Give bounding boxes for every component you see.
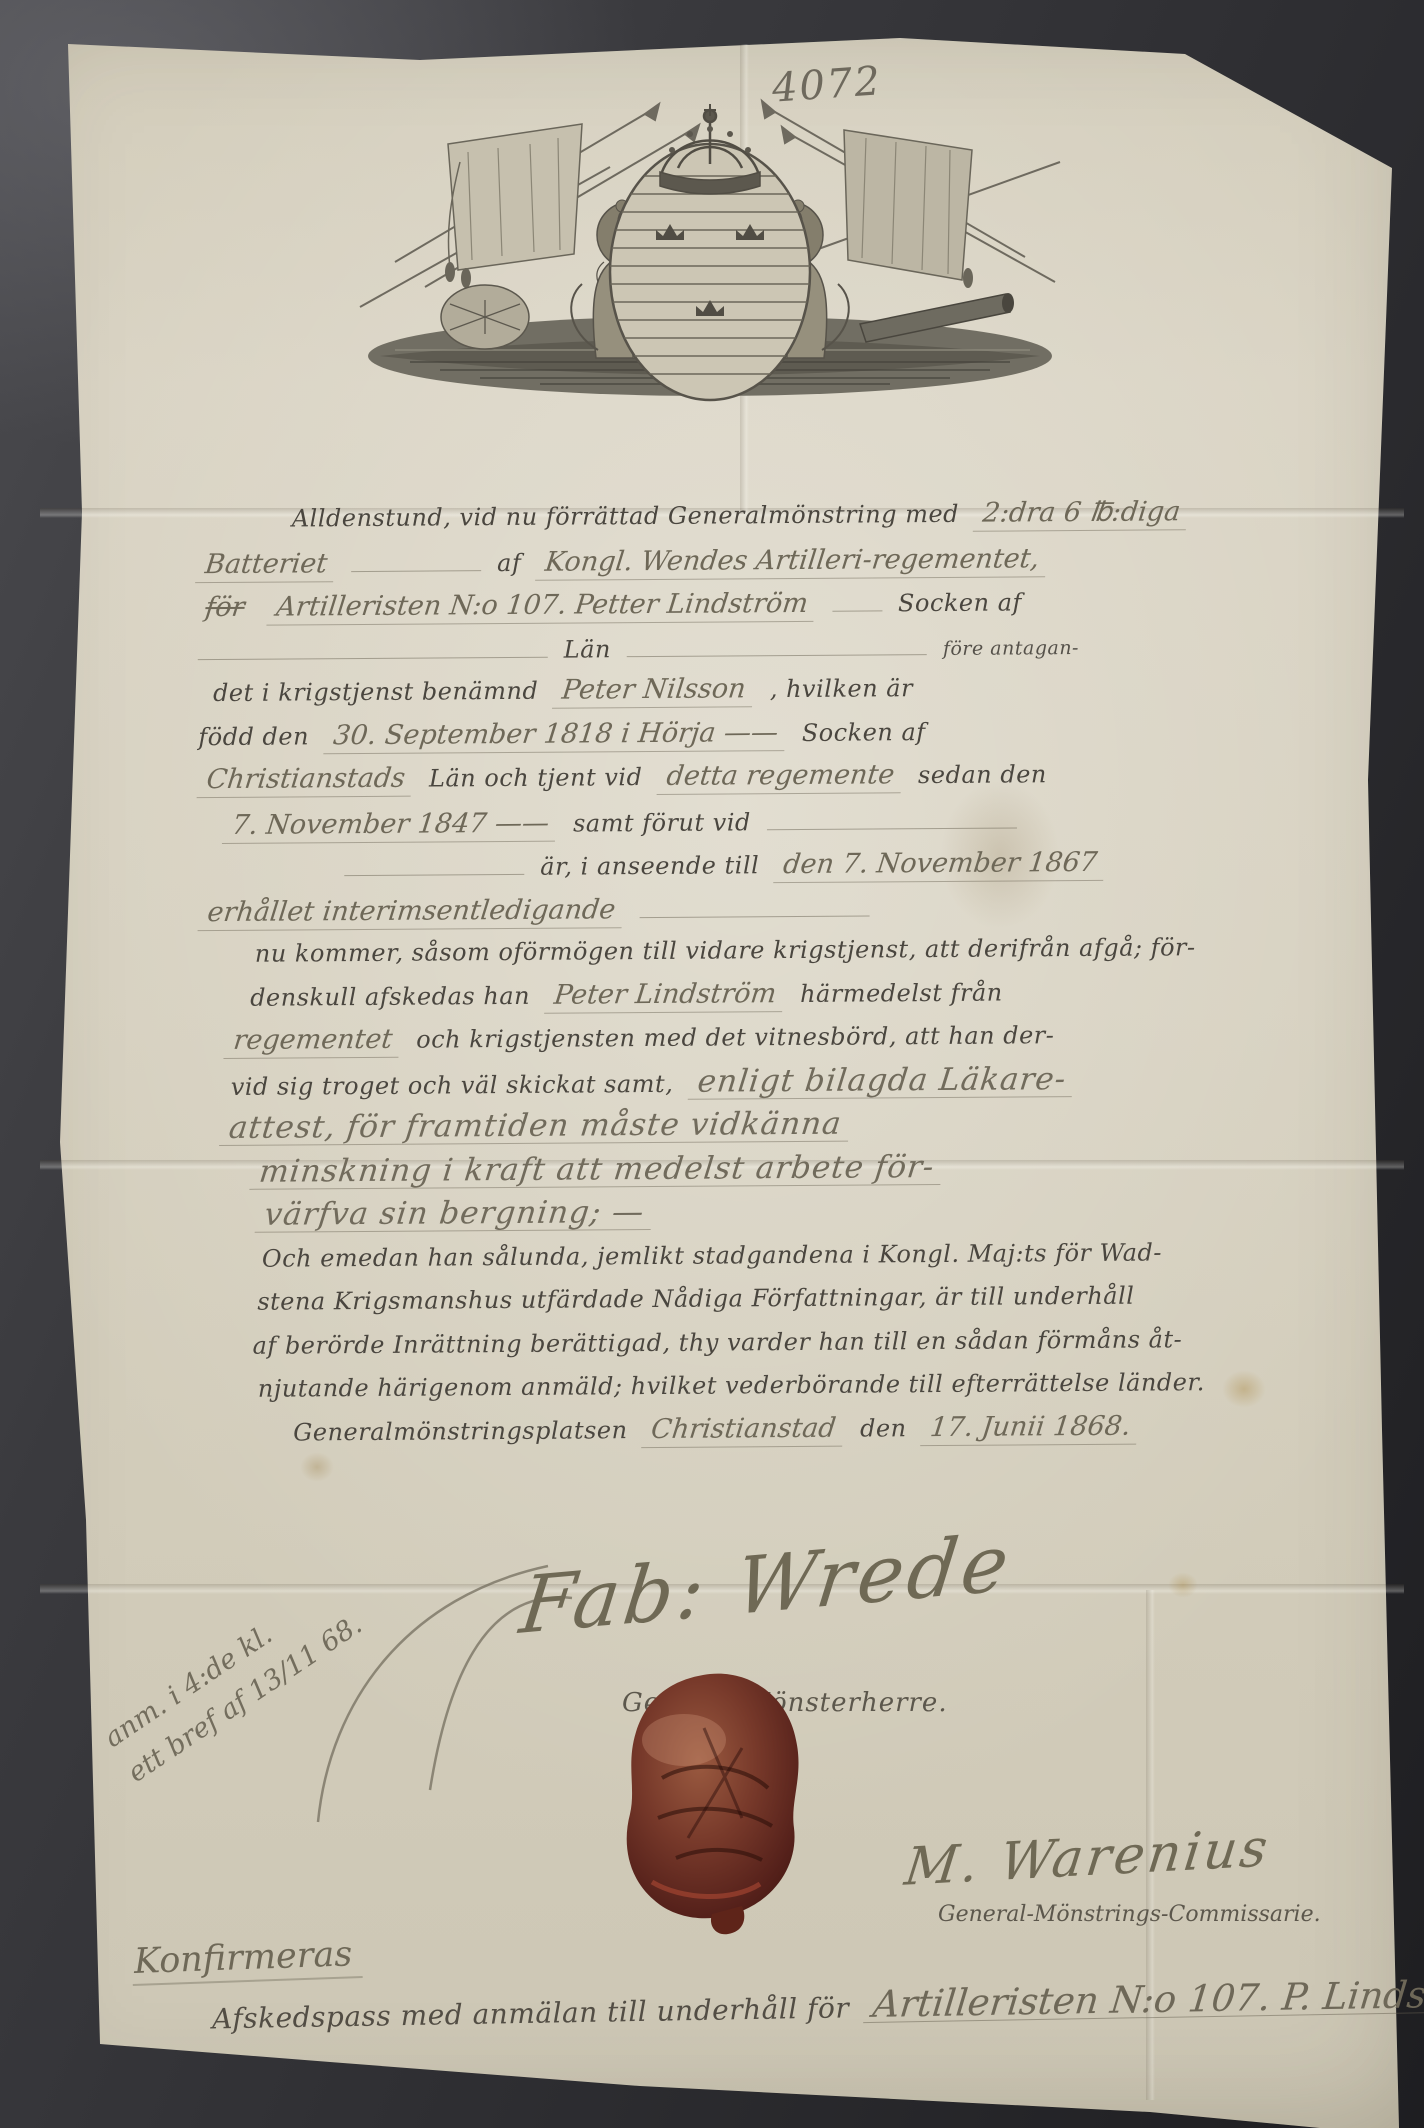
photograph-of-discharge-document: 4072 Alldenstund, vid nu förrättad Gener… — [0, 0, 1424, 2128]
red-wax-seal — [592, 1668, 822, 1938]
handwritten-fill: Artilleristen N:o 107. P. Lindström — [863, 1977, 1424, 2024]
confirmation-note: Konfirmeras — [131, 1934, 363, 1986]
commissary-title: General-Mönstrings-Commissarie. — [938, 1902, 1321, 1927]
